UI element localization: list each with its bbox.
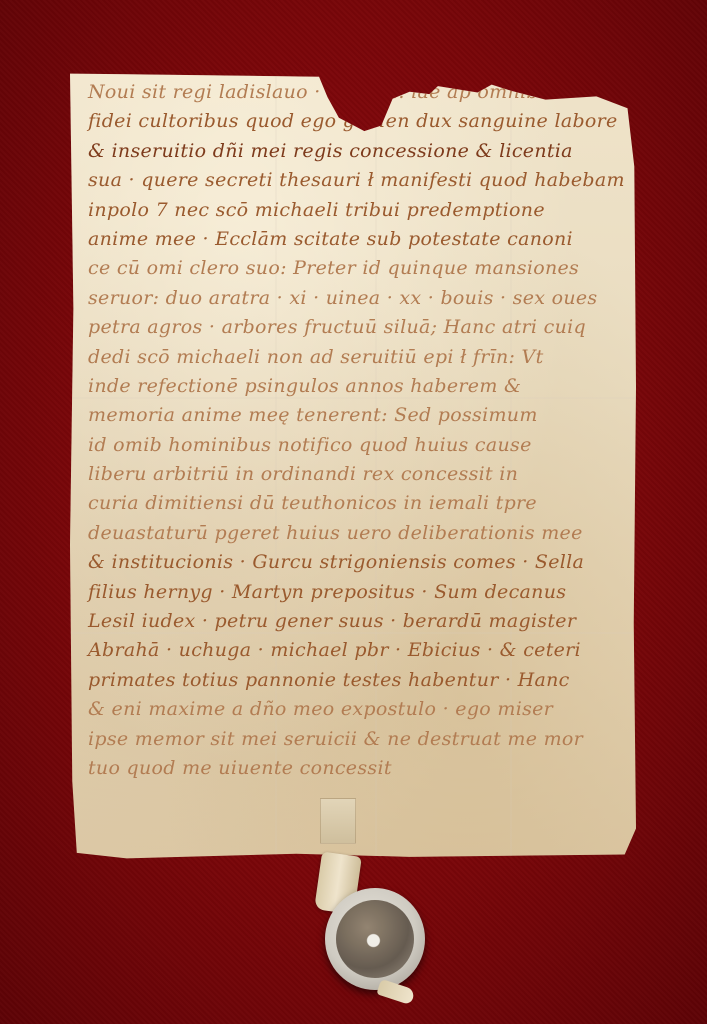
text-line-14: liberu arbitriū in ordinandi rex concess… — [88, 460, 624, 489]
text-line-15: curia dimitiensi dū teuthonicos in iemal… — [88, 489, 624, 518]
text-line-12: memoria anime meę tenerent: Sed possimum — [88, 401, 624, 430]
wax-seal — [325, 888, 425, 990]
text-line-21: primates totius pannonie testes habentur… — [88, 666, 624, 695]
text-line-9: petra agros · arbores fructuū siluā; Han… — [88, 313, 624, 342]
text-line-5: inpolo 7 nec scō michaeli tribui predemp… — [88, 196, 624, 225]
text-line-18: filius hernyg · Martyn prepositus · Sum … — [88, 578, 624, 607]
charter-text: Noui sit regi ladislauo · exime... iae a… — [88, 78, 624, 783]
text-line-19: Lesil iudex · petru gener suus · berardū… — [88, 607, 624, 636]
text-line-13: id omib hominibus notifico quod huius ca… — [88, 431, 624, 460]
seal-tag — [320, 798, 356, 844]
text-line-11: inde refectionē psingulos annos haberem … — [88, 372, 624, 401]
text-line-8: seruor: duo aratra · xi · uinea · xx · b… — [88, 284, 624, 313]
text-line-17: & institucionis · Gurcu strigoniensis co… — [88, 548, 624, 577]
text-line-7: ce cū omi clero suo: Preter id quinque m… — [88, 254, 624, 283]
text-line-3: & inseruitio dñi mei regis concessione &… — [88, 137, 624, 166]
text-line-4: sua · quere secreti thesauri ł manifesti… — [88, 166, 624, 195]
seal-impression-icon — [336, 900, 414, 978]
parchment-charter: Noui sit regi ladislauo · exime... iae a… — [70, 72, 636, 860]
text-line-22: & eni maxime a dño meo expostulo · ego m… — [88, 695, 624, 724]
text-line-24: tuo quod me uiuente concessit — [88, 754, 624, 783]
text-line-6: anime mee · Ecclām scitate sub potestate… — [88, 225, 624, 254]
text-line-23: ipse memor sit mei seruicii & ne destrua… — [88, 725, 624, 754]
text-line-16: deuastaturū pgeret huius uero deliberati… — [88, 519, 624, 548]
text-line-10: dedi scō michaeli non ad seruitiū epi ł … — [88, 343, 624, 372]
text-line-20: Abrahā · uchuga · michael pbr · Ebicius … — [88, 636, 624, 665]
